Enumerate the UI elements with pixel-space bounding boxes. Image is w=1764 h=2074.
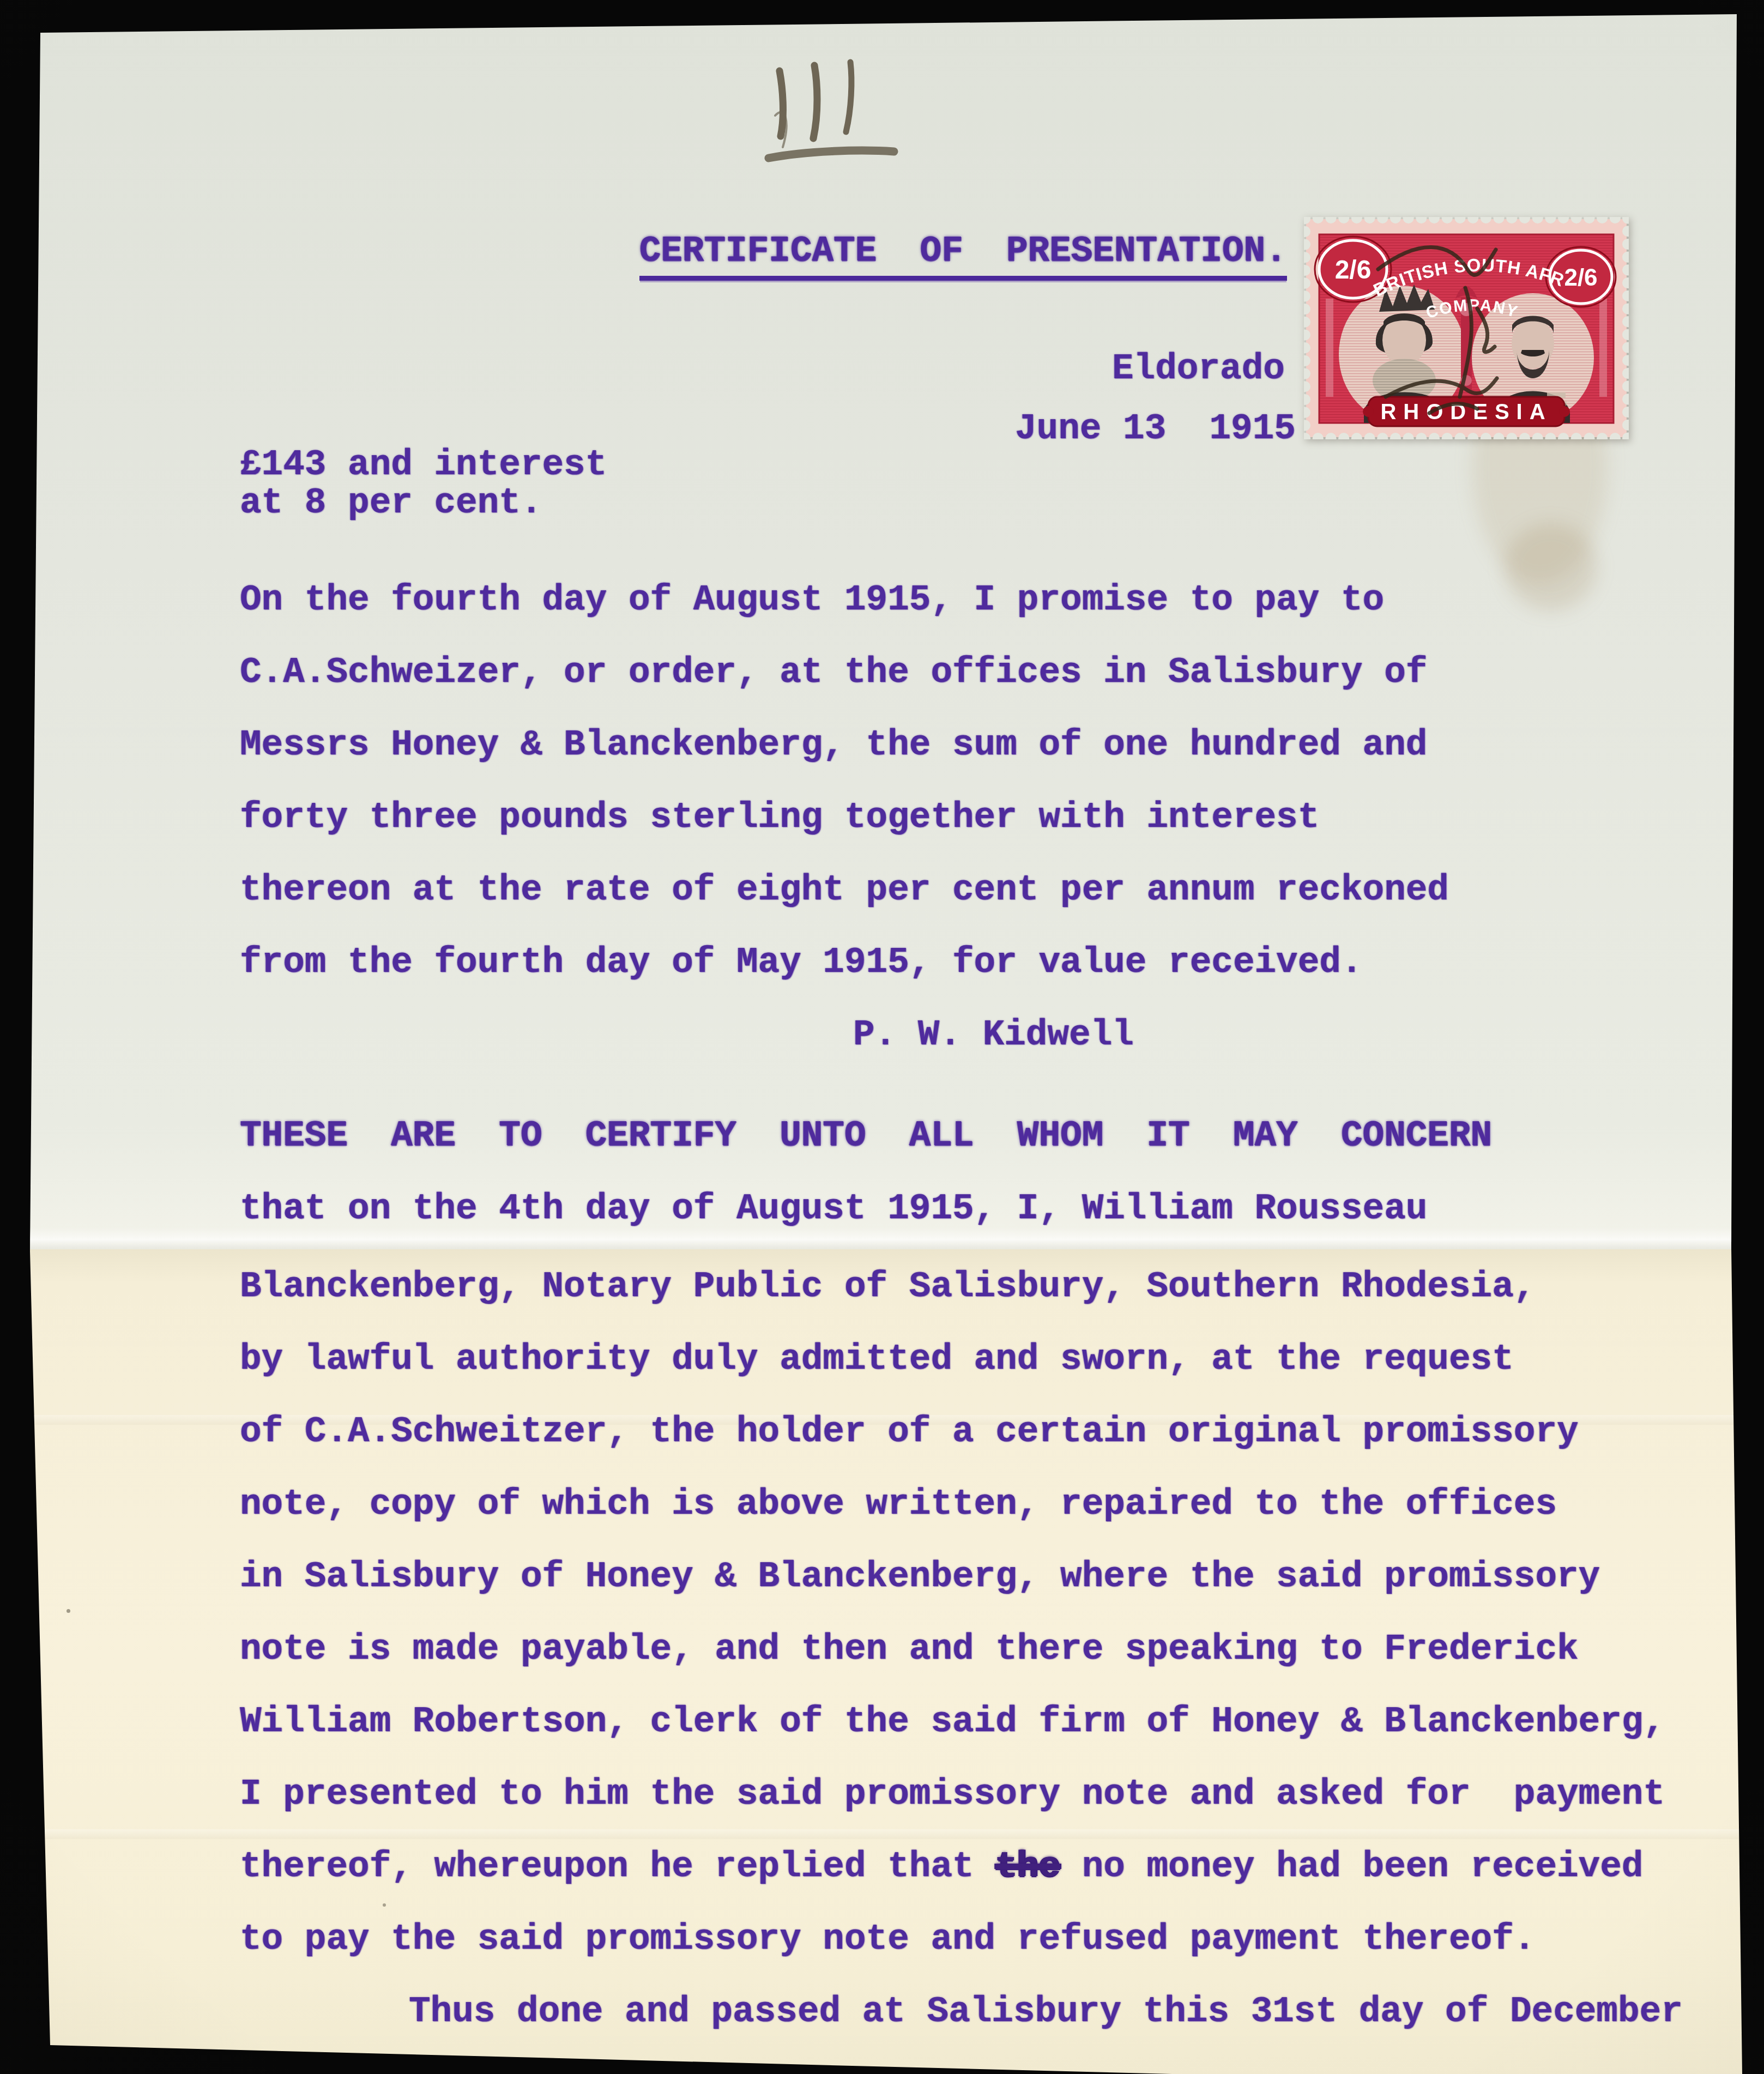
typed-line: by lawful authority duly admitted and sw… [240,1341,1514,1377]
typed-line: that on the 4th day of August 1915, I, W… [240,1191,1427,1227]
amount-note-line: at 8 per cent. [240,485,542,521]
date-line: June 13 1915 [1015,411,1296,447]
typed-line: William Robertson, clerk of the said fir… [240,1704,1665,1740]
typed-line: to pay the said promissory note and refu… [240,1921,1535,1957]
country-banner: RHODESIA [1363,397,1570,426]
typed-line: Messrs Honey & Blanckenberg, the sum of … [240,727,1427,763]
typed-line: note is made payable, and then and there… [240,1631,1579,1667]
typed-line: in Salisbury of Honey & Blanckenberg, wh… [240,1559,1600,1595]
handwritten-folio-number [759,50,944,181]
typed-segment: no money had been received [1060,1846,1643,1887]
postage-stamp: 2/6 2/6 BRITISH SOUTH AFRICA COMPANY [1304,217,1629,439]
typed-line: note, copy of which is above written, re… [240,1486,1557,1522]
typed-line: I presented to him the said promissory n… [240,1776,1665,1812]
typed-line: forty three pounds sterling together wit… [240,800,1319,836]
typed-line: thereon at the rate of eight per cent pe… [240,872,1449,908]
place-line: Eldorado [1112,351,1285,387]
typed-line: of C.A.Schweitzer, the holder of a certa… [240,1414,1579,1450]
amount-note-line: £143 and interest [240,447,607,483]
paper-sheet: CERTIFICATE OF PRESENTATION. Eldorado Ju… [0,0,1764,2074]
typed-line: THESE ARE TO CERTIFY UNTO ALL WHOM IT MA… [240,1118,1492,1154]
typed-line: On the fourth day of August 1915, I prom… [240,582,1384,618]
typed-line: from the fourth day of May 1915, for val… [240,945,1363,981]
signature-typed: P. W. Kidwell [853,1017,1134,1053]
typed-line: Blanckenberg, Notary Public of Salisbury… [240,1269,1535,1305]
stamp-graphic: 2/6 2/6 BRITISH SOUTH AFRICA COMPANY [1304,217,1629,439]
typed-line: C.A.Schweizer, or order, at the offices … [240,655,1427,691]
typed-line-with-strikeout: thereof, whereupon he replied that the n… [240,1849,1643,1885]
typed-line: Thus done and passed at Salisbury this 3… [409,1994,1683,2030]
document-scan: CERTIFICATE OF PRESENTATION. Eldorado Ju… [0,0,1764,2074]
paper-upper-section [0,0,1764,1249]
document-title: CERTIFICATE OF PRESENTATION. [510,197,1287,317]
struck-out-word: the [995,1846,1060,1887]
typed-segment: thereof, whereupon he replied that [240,1846,995,1887]
document-title-text: CERTIFICATE OF PRESENTATION. [639,233,1287,281]
denomination-right-text: 2/6 [1564,264,1597,291]
denomination-left-text: 2/6 [1335,256,1372,285]
